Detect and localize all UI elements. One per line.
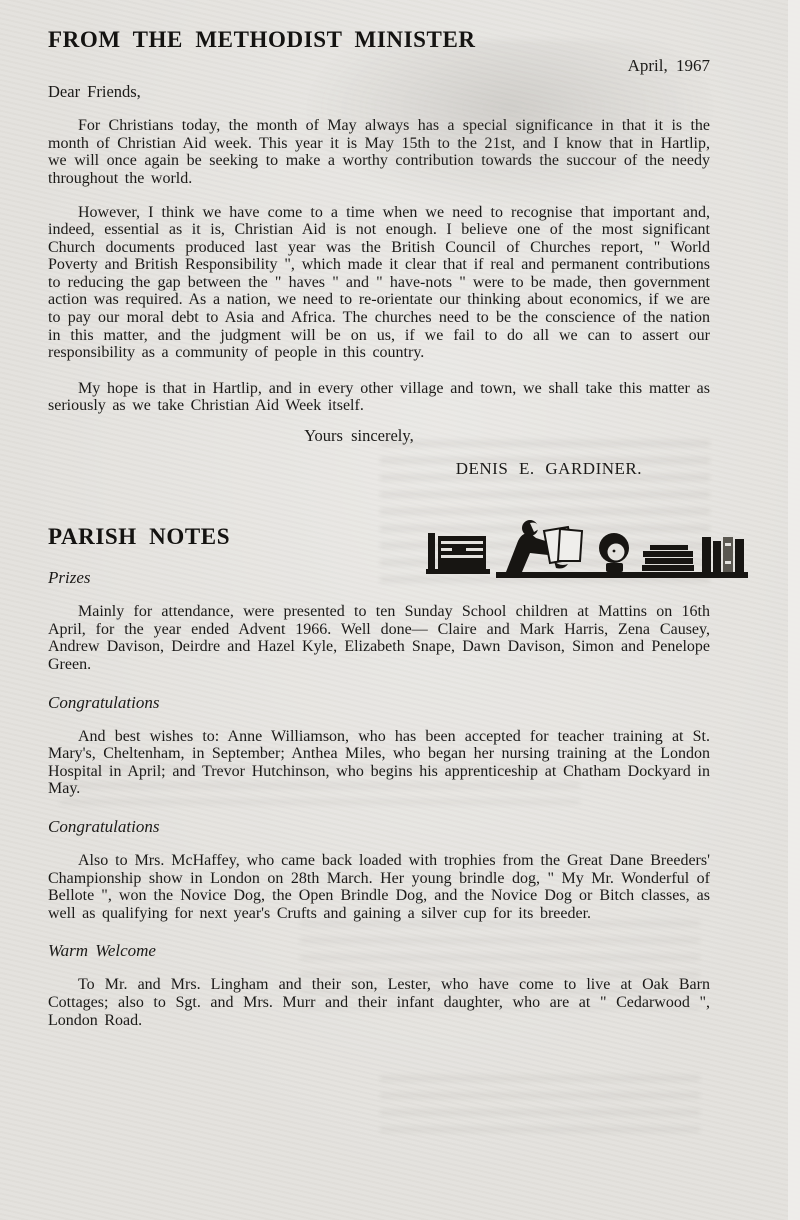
letter-paragraph: For Christians today, the month of May a… (48, 117, 710, 187)
section-body: Also to Mrs. McHaffey, who came back loa… (48, 852, 710, 922)
parish-section-congratulations-1: Congratulations And best wishes to: Anne… (48, 693, 710, 798)
letter-heading: FROM THE METHODIST MINISTER (48, 28, 710, 52)
scan-edge-strip (788, 0, 800, 1220)
section-body: And best wishes to: Anne Williamson, who… (48, 728, 710, 798)
parish-section-prizes: Prizes Mainly for attendance, were prese… (48, 568, 710, 673)
minister-letter-section: FROM THE METHODIST MINISTER April, 1967 … (48, 28, 710, 479)
letter-salutation: Dear Friends, (48, 82, 710, 102)
bleed-through-ghost (380, 1075, 700, 1135)
letter-paragraph: My hope is that in Hartlip, and in every… (48, 380, 710, 415)
library-desk-illustration-icon (426, 517, 748, 583)
parish-section-congratulations-2: Congratulations Also to Mrs. McHaffey, w… (48, 817, 710, 922)
letter-signature: DENIS E. GARDINER. (48, 459, 642, 479)
letter-closing: Yours sincerely, (48, 426, 670, 446)
letter-date: April, 1967 (48, 56, 710, 76)
section-body: To Mr. and Mrs. Lingham and their son, L… (48, 976, 710, 1029)
section-subhead: Warm Welcome (48, 941, 710, 961)
section-body: Mainly for attendance, were presented to… (48, 603, 710, 673)
section-subhead: Congratulations (48, 693, 710, 713)
parish-section-warm-welcome: Warm Welcome To Mr. and Mrs. Lingham and… (48, 941, 710, 1029)
newsletter-page: FROM THE METHODIST MINISTER April, 1967 … (0, 0, 800, 1220)
parish-notes-section: PARISH NOTES Prizes Mainly for attendanc… (48, 525, 710, 1029)
section-subhead: Congratulations (48, 817, 710, 837)
letter-paragraph: However, I think we have come to a time … (48, 204, 710, 362)
